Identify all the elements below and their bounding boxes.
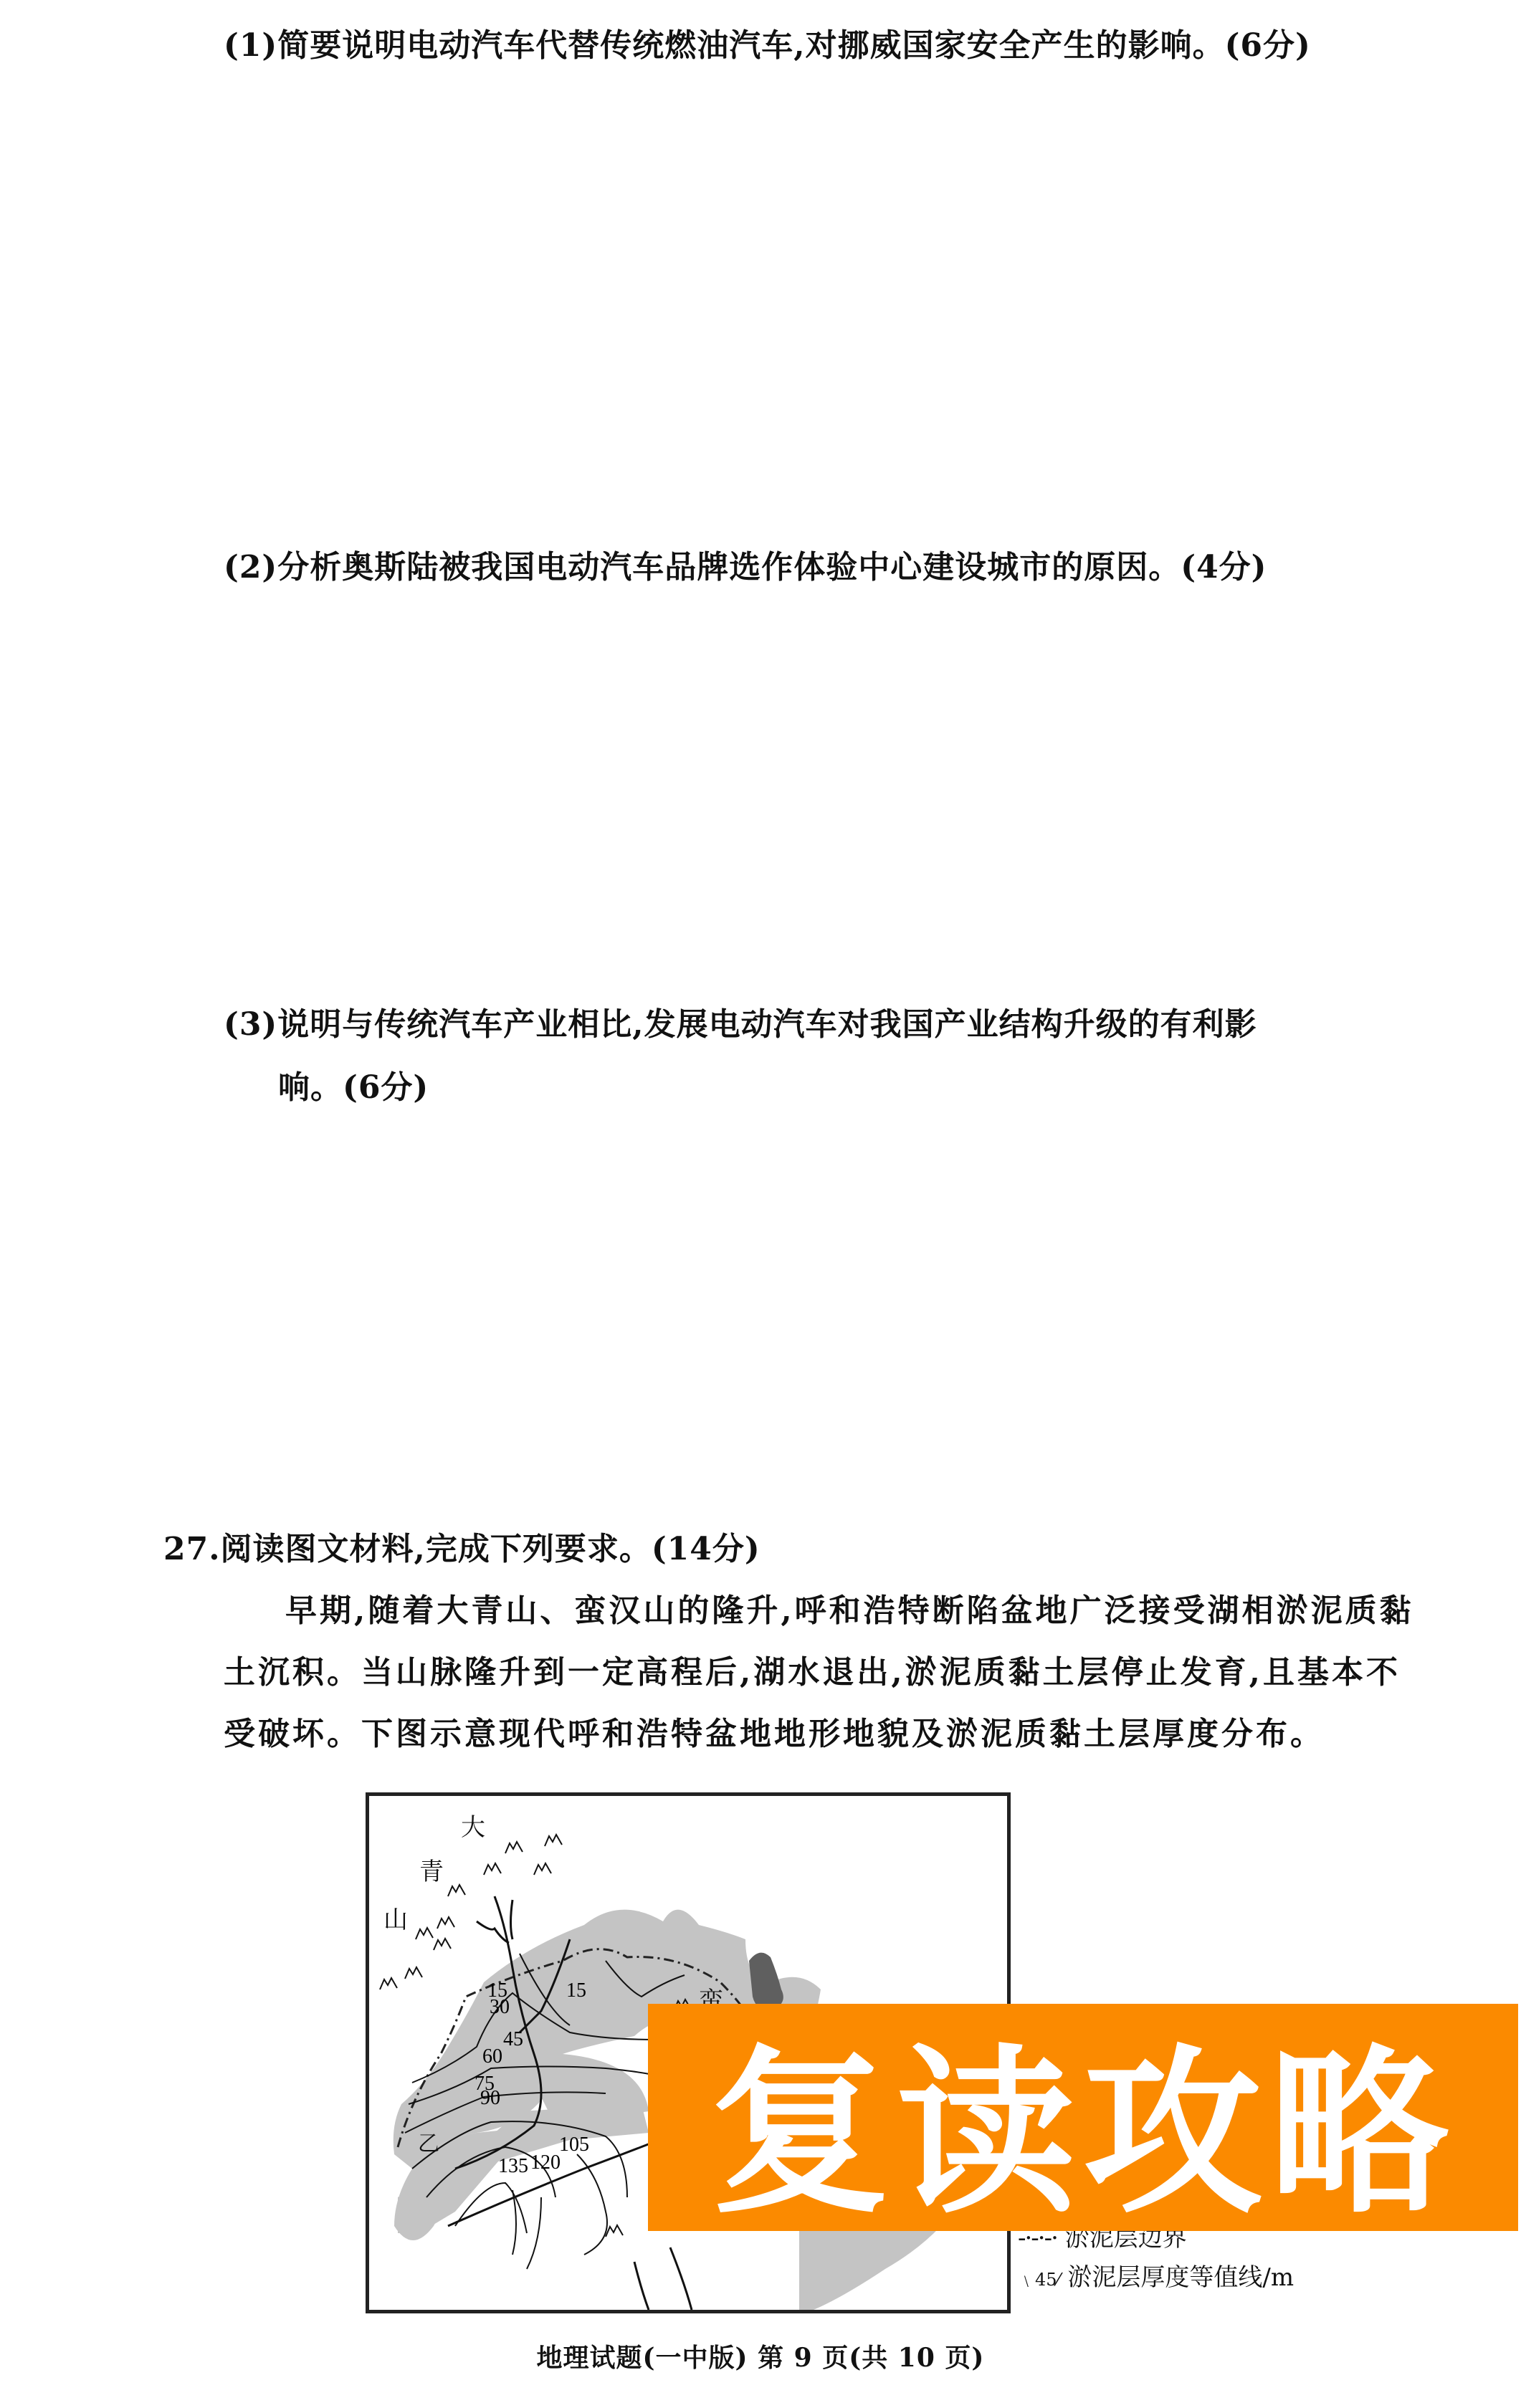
question-26-3-line1: (3)说明与传统汽车产业相比,发展电动汽车对我国产业结构升级的有利影 [224, 1009, 1257, 1041]
svg-text:30: 30 [490, 1996, 510, 2018]
label-yi: 乙 [418, 2126, 439, 2157]
question-26-1: (1)简要说明电动汽车代替传统燃油汽车,对挪威国家安全产生的影响。(6分) [224, 30, 1311, 62]
svg-text:135: 135 [498, 2155, 528, 2177]
question-26-2: (2)分析奥斯陆被我国电动汽车品牌选作体验中心建设城市的原因。(4分) [224, 552, 1267, 583]
label-shan: 山 [383, 1900, 408, 1935]
legend-contour: ﹨45⁄ 淤泥层厚度等值线/m [1018, 2257, 1294, 2293]
svg-text:60: 60 [482, 2045, 502, 2068]
page-footer: 地理试题(一中版) 第 9 页(共 10 页) [0, 2338, 1521, 2374]
watermark-banner: 复读攻略 [648, 2004, 1518, 2231]
label-da: 大 [461, 1807, 485, 1843]
svg-text:15: 15 [566, 1979, 586, 2002]
question-27-paragraph-line3: 受破坏。下图示意现代呼和浩特盆地地形地貌及淤泥质黏土层厚度分布。 [224, 1719, 1325, 1750]
label-qing: 青 [419, 1852, 444, 1887]
contour-symbol: ﹨45⁄ [1018, 2270, 1060, 2290]
svg-text:120: 120 [530, 2151, 561, 2174]
question-27-paragraph-line2: 土沉积。当山脉隆升到一定高程后,湖水退出,淤泥质黏土层停止发育,且基本不 [224, 1657, 1401, 1688]
svg-text:90: 90 [480, 2087, 500, 2109]
svg-text:45: 45 [503, 2028, 523, 2050]
question-26-3-line2: 响。(6分) [278, 1072, 429, 1104]
question-27-heading: 27.阅读图文材料,完成下列要求。(14分) [163, 1534, 760, 1565]
svg-text:105: 105 [559, 2134, 589, 2156]
question-27-paragraph-line1: 早期,随着大青山、蛮汉山的隆升,呼和浩特断陷盆地广泛接受湖相淤泥质黏 [285, 1595, 1414, 1627]
